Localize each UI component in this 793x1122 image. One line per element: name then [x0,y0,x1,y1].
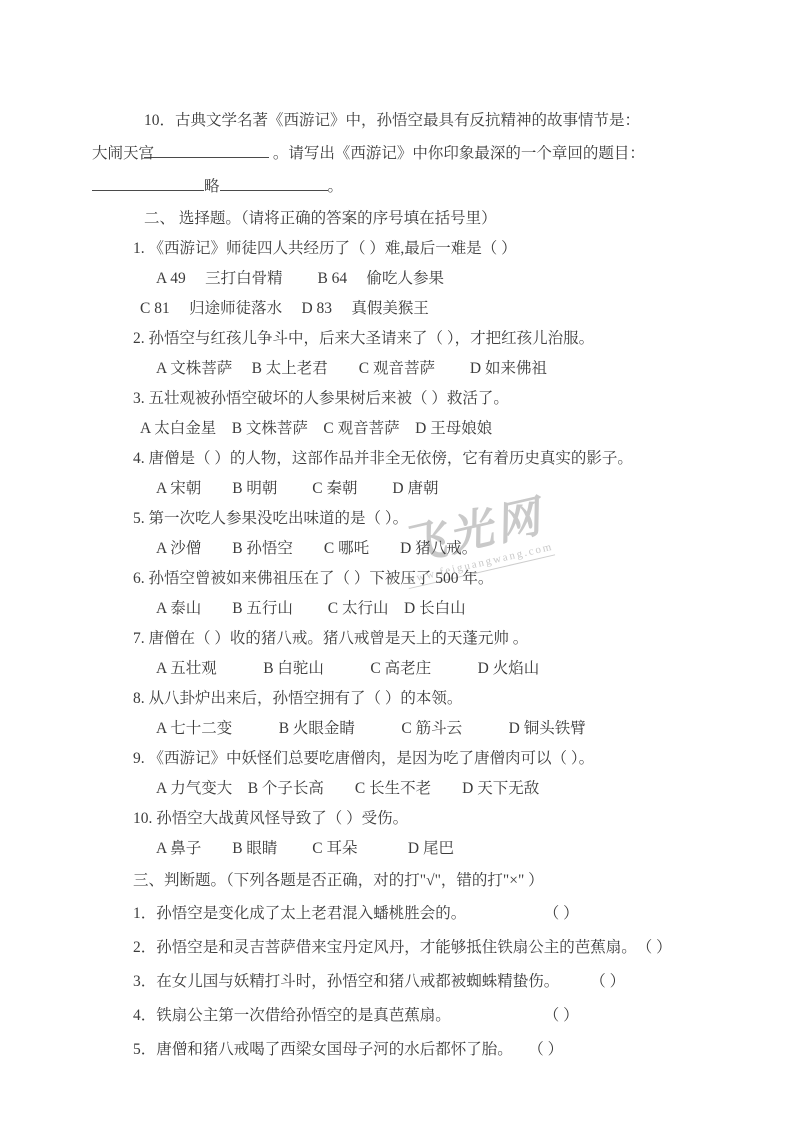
fill-question-10-line-1: 10．古典文学名著《西游记》中，孙悟空最具有反抗精神的故事情节是： [92,104,702,137]
choice-options-4: A 宋朝 B 明朝 C 秦朝 D 唐朝 [92,474,702,504]
fill-q10-answer: 大闹天宫 [92,145,154,162]
choice-options-7: A 五壮观 B 白驼山 C 高老庄 D 火焰山 [92,654,702,684]
judge-item-4: 4．铁扇公主第一次借给孙悟空的是真芭蕉扇。 （ ） [92,999,702,1033]
choice-question-10: 10. 孙悟空大战黄风怪导致了（ ）受伤。 [92,804,702,834]
choice-options-9: A 力气变大 B 个子长高 C 长生不老 D 天下无敌 [92,774,702,804]
answer-blank [154,142,269,158]
section-2-heading: 二、 选择题。（请将正确的答案的序号填在括号里） [92,203,702,234]
choice-question-4: 4. 唐僧是（ ）的人物，这部作品并非全无依傍，它有着历史真实的影子。 [92,444,702,474]
choice-question-8: 8. 从八卦炉出来后，孙悟空拥有了（ ）的本领。 [92,684,702,714]
answer-blank [220,175,328,191]
document-page: 飞光网 www.feiguangwang.com 10．古典文学名著《西游记》中… [0,0,793,1122]
judge-item-2: 2．孙悟空是和灵吉菩萨借来宝丹定风丹，才能够抵住铁扇公主的芭蕉扇。 （ ） [92,931,702,965]
fill-q10-text-3: 略 [204,178,220,195]
section-3-heading: 三、判断题。（下列各题是否正确，对的打"√"，错的打"×" ） [92,864,702,897]
choice-options-2: A 文株菩萨 B 太上老君 C 观音菩萨 D 如来佛祖 [92,354,702,384]
answer-blank [92,175,204,191]
choice-question-6: 6. 孙悟空曾被如来佛祖压在了（ ）下被压了 500 年。 [92,564,702,594]
choice-question-3: 3. 五壮观被孙悟空破坏的人参果树后来被（ ）救活了。 [92,384,702,414]
choice-question-9: 9. 《西游记》中妖怪们总要吃唐僧肉，是因为吃了唐僧肉可以（ ）。 [92,744,702,774]
choice-options-5: A 沙僧 B 孙悟空 C 哪吒 D 猪八戒。 [92,534,702,564]
judge-item-5: 5．唐僧和猪八戒喝了西梁女国母子河的水后都怀了胎。 （ ） [92,1033,702,1067]
choice-options-3: A 太白金星 B 文株菩萨 C 观音菩萨 D 王母娘娘 [92,414,702,444]
choice-options-6: A 泰山 B 五行山 C 太行山 D 长白山 [92,594,702,624]
choice-options-1a: A 49 三打白骨精 B 64 偷吃人参果 [92,264,702,294]
document-body: 10．古典文学名著《西游记》中，孙悟空最具有反抗精神的故事情节是： 大闹天宫 。… [92,104,702,1067]
fill-q10-period: 。 [328,178,344,195]
choice-options-10: A 鼻子 B 眼睛 C 耳朵 D 尾巴 [92,834,702,864]
choice-options-8: A 七十二变 B 火眼金睛 C 筋斗云 D 铜头铁臂 [92,714,702,744]
choice-options-1b: C 81 归途师徒落水 D 83 真假美猴王 [92,294,702,324]
choice-question-5: 5. 第一次吃人参果没吃出味道的是（ ）。 [92,504,702,534]
fill-question-10-line-3: 略。 [92,170,702,203]
choice-question-2: 2. 孙悟空与红孩儿争斗中，后来大圣请来了（ ），才把红孩儿治服。 [92,324,702,354]
choice-question-7: 7. 唐僧在（ ）收的猪八戒。猪八戒曾是天上的天蓬元帅 。 [92,624,702,654]
judge-item-1: 1．孙悟空是变化成了太上老君混入蟠桃胜会的。 （ ） [92,897,702,931]
choice-question-1: 1. 《西游记》师徒四人共经历了（ ）难,最后一难是（ ） [92,234,702,264]
fill-q10-text-2: 。请写出《西游记》中你印象最深的一个章回的题目： [269,145,645,162]
fill-question-10-line-2: 大闹天宫 。请写出《西游记》中你印象最深的一个章回的题目： [92,137,702,170]
fill-q10-text-1: 10．古典文学名著《西游记》中，孙悟空最具有反抗精神的故事情节是： [144,112,640,129]
judge-item-3: 3．在女儿国与妖精打斗时，孙悟空和猪八戒都被蜘蛛精蛰伤。 （ ） [92,965,702,999]
